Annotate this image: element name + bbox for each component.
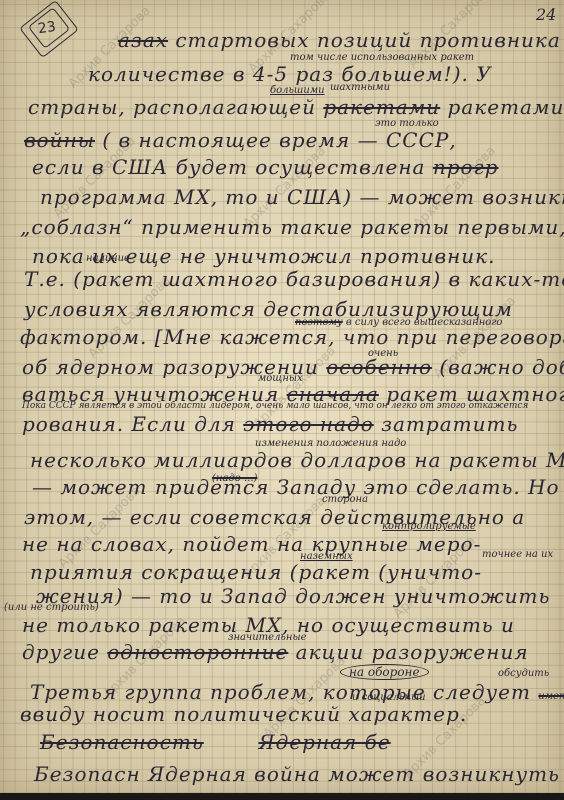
manuscript-line: фактором. [Мне кажется, что при перегово… (20, 325, 564, 349)
line-text: если в США будет осуществлена (32, 155, 425, 179)
manuscript-line: страны, располагающей ракетами ракетами, (28, 95, 564, 119)
manuscript-line: Третья группа проблем, которые следует и… (30, 680, 564, 704)
line-text: ракетами, (448, 95, 564, 119)
strikethrough-word: иметь (538, 691, 564, 702)
interlinear-insert: точнее на их (482, 549, 553, 560)
margin-insert: (или не строить) (4, 602, 99, 613)
line-text: ( в настоящее время — СССР, (102, 128, 456, 152)
strikethrough-word: ракетами (323, 95, 440, 119)
manuscript-line: войны ( в настоящее время — СССР, (24, 128, 457, 152)
strikethrough-word: особенно (326, 355, 432, 379)
line-text: другие (22, 640, 100, 664)
manuscript-line: „соблазн“ применить такие ракеты первыми… (20, 215, 564, 239)
manuscript-line: азах стартовых позиций противника ( в (118, 28, 564, 52)
interlinear-insert: сторона (322, 494, 368, 505)
circled-text: на обороне (340, 664, 429, 680)
interlinear-insert: шахтными (330, 82, 390, 93)
margin-insert: Пока СССР является в этой области лидеро… (22, 401, 528, 411)
manuscript-page: Архив Сахарова Архив Сахарова Архив Саха… (0, 0, 564, 793)
strikethrough-word: войны (24, 128, 95, 152)
manuscript-line: количестве в 4-5 раз большем!). У (88, 62, 492, 86)
manuscript-line: жения) — то и Запад должен уничтожить (36, 584, 550, 608)
manuscript-line: ввиду носит политический характер. (20, 702, 467, 726)
manuscript-line: Т.е. (ракет шахтного базирования) в каки… (24, 267, 564, 291)
manuscript-line: несколько миллиардов долларов на ракеты … (30, 448, 564, 472)
line-text: страны, располагающей (28, 95, 316, 119)
page-number-boxed: 23 (37, 19, 57, 37)
line-text: стартовых позиций противника ( в (175, 28, 564, 52)
line-text: затратить (381, 412, 518, 436)
strikethrough-word: Безопасность (40, 730, 204, 754)
scan-bottom-edge (0, 793, 564, 800)
manuscript-line: Безопасн Ядерная война может возникнуть (34, 762, 560, 786)
manuscript-line: другие односторонние акции разоружения (22, 640, 529, 664)
interlinear-insert: контролируемые (382, 521, 476, 532)
manuscript-line: приятия сокращения (ракет (уничто- (30, 560, 482, 584)
manuscript-line: Безопасность Ядерная бе (40, 730, 391, 754)
manuscript-line: рования. Если для этого надо затратить (22, 412, 518, 436)
line-text: рования. Если для (22, 412, 236, 436)
line-text: Третья группа проблем, которые следует (30, 680, 531, 704)
interlinear-insert: обсудить (498, 668, 549, 679)
interlinear-insert: наличие (86, 253, 130, 264)
manuscript-line: не на словах, пойдет на крупные меро- (22, 532, 481, 556)
strikethrough-word: односторонние (107, 640, 288, 664)
strikethrough-word: Ядерная бе (258, 730, 390, 754)
manuscript-line: — может придется Западу это сделать. Но … (32, 475, 564, 499)
strikethrough-word: прогр (433, 155, 499, 179)
strikethrough-word: азах (118, 28, 168, 52)
page-number-corner: 24 (536, 5, 556, 24)
line-text: (важно доби- (439, 355, 564, 379)
manuscript-line: программа МХ, то и США) — может возникну… (40, 185, 564, 209)
circled-insert: на обороне (340, 665, 429, 679)
manuscript-line: если в США будет осуществлена прогр (32, 155, 498, 179)
strikethrough-word: этого надо (243, 412, 374, 436)
line-text: акции разоружения (296, 640, 529, 664)
